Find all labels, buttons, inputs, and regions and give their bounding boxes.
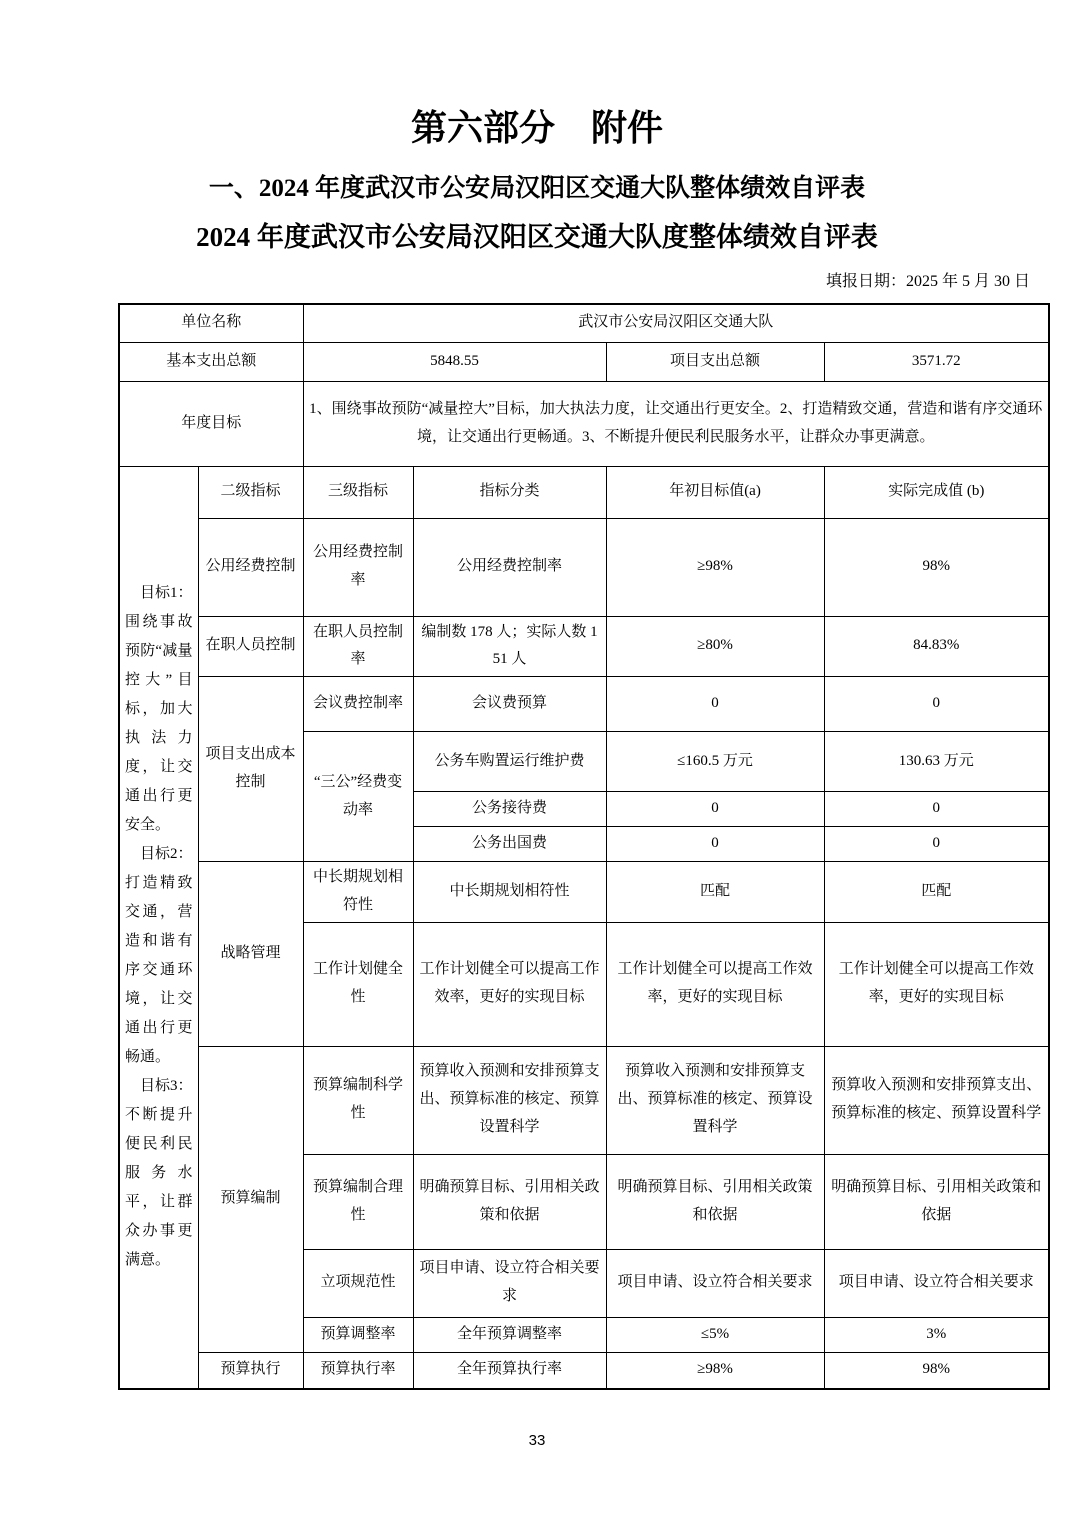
- table-row: 预算编制 预算编制科学性 预算收入预测和安排预算支出、预算标准的核定、预算设置科…: [119, 1046, 1049, 1154]
- category-cell: 工作计划健全可以提高工作效率，更好的实现目标: [413, 922, 606, 1046]
- category-cell: 公务车购置运行维护费: [413, 732, 606, 792]
- target-cell: 工作计划健全可以提高工作效率，更好的实现目标: [606, 922, 824, 1046]
- actual-cell: 0: [824, 792, 1049, 827]
- l3-cell: 在职人员控制率: [303, 616, 413, 677]
- actual-cell: 匹配: [824, 862, 1049, 923]
- goals-cell: 目标1：围绕事故预防“减量控大”目标，加大执法力度，让交通出行更安全。 目标2：…: [119, 466, 198, 1389]
- document-page: 第六部分 附件 一、2024 年度武汉市公安局汉阳区交通大队整体绩效自评表 20…: [0, 0, 1074, 1520]
- actual-cell: 预算收入预测和安排预算支出、预算标准的核定、预算设置科学: [824, 1046, 1049, 1154]
- expense-totals-row: 基本支出总额 5848.55 项目支出总额 3571.72: [119, 342, 1049, 381]
- performance-self-evaluation-table: 单位名称 武汉市公安局汉阳区交通大队 基本支出总额 5848.55 项目支出总额…: [118, 303, 1050, 1390]
- l2-cell: 项目支出成本控制: [198, 677, 303, 862]
- category-cell: 中长期规划相符性: [413, 862, 606, 923]
- actual-cell: 130.63 万元: [824, 732, 1049, 792]
- l2-cell: 公用经费控制: [198, 518, 303, 616]
- target-cell: 0: [606, 677, 824, 732]
- target-cell: ≤160.5 万元: [606, 732, 824, 792]
- report-date: 填报日期：2025 年 5 月 30 日: [0, 272, 1030, 292]
- target-cell: ≥98%: [606, 1352, 824, 1389]
- actual-cell: 98%: [824, 1352, 1049, 1389]
- target-cell: 0: [606, 792, 824, 827]
- category-cell: 项目申请、设立符合相关要求: [413, 1249, 606, 1317]
- goal-1-text: 目标1：围绕事故预防“减量控大”目标，加大执法力度，让交通出行更安全。: [125, 579, 193, 840]
- table-header-row: 目标1：围绕事故预防“减量控大”目标，加大执法力度，让交通出行更安全。 目标2：…: [119, 466, 1049, 518]
- actual-cell: 0: [824, 827, 1049, 862]
- unit-name-label: 单位名称: [119, 304, 303, 342]
- table-row: 公用经费控制 公用经费控制率 公用经费控制率 ≥98% 98%: [119, 518, 1049, 616]
- actual-cell: 98%: [824, 518, 1049, 616]
- page-number: 33: [0, 1432, 1074, 1449]
- unit-name-value: 武汉市公安局汉阳区交通大队: [303, 304, 1049, 342]
- target-cell: ≥98%: [606, 518, 824, 616]
- l3-cell: 工作计划健全性: [303, 922, 413, 1046]
- l3-cell: 预算编制科学性: [303, 1046, 413, 1154]
- document-subtitle-1: 一、2024 年度武汉市公安局汉阳区交通大队整体绩效自评表: [0, 174, 1074, 204]
- header-indicator-category: 指标分类: [413, 466, 606, 518]
- actual-cell: 0: [824, 677, 1049, 732]
- target-cell: 明确预算目标、引用相关政策和依据: [606, 1154, 824, 1249]
- category-cell: 会议费预算: [413, 677, 606, 732]
- annual-goal-row: 年度目标 1、围绕事故预防“减量控大”目标，加大执法力度，让交通出行更安全。2、…: [119, 381, 1049, 466]
- target-cell: ≤5%: [606, 1317, 824, 1352]
- unit-name-row: 单位名称 武汉市公安局汉阳区交通大队: [119, 304, 1049, 342]
- l3-cell: 预算编制合理性: [303, 1154, 413, 1249]
- table-row: 项目支出成本控制 会议费控制率 会议费预算 0 0: [119, 677, 1049, 732]
- actual-cell: 84.83%: [824, 616, 1049, 677]
- target-cell: 预算收入预测和安排预算支出、预算标准的核定、预算设置科学: [606, 1046, 824, 1154]
- category-cell: 预算收入预测和安排预算支出、预算标准的核定、预算设置科学: [413, 1046, 606, 1154]
- l3-cell: “三公”经费变动率: [303, 732, 413, 862]
- header-actual-value: 实际完成值 (b): [824, 466, 1049, 518]
- goal-2-text: 目标2：打造精致交通，营造和谐有序交通环境，让交通出行更畅通。: [125, 840, 193, 1072]
- l3-cell: 公用经费控制率: [303, 518, 413, 616]
- l3-cell: 中长期规划相符性: [303, 862, 413, 923]
- actual-cell: 工作计划健全可以提高工作效率，更好的实现目标: [824, 922, 1049, 1046]
- header-l2-indicator: 二级指标: [198, 466, 303, 518]
- actual-cell: 明确预算目标、引用相关政策和依据: [824, 1154, 1049, 1249]
- l3-cell: 会议费控制率: [303, 677, 413, 732]
- l3-cell: 预算调整率: [303, 1317, 413, 1352]
- header-l3-indicator: 三级指标: [303, 466, 413, 518]
- table-row: 在职人员控制 在职人员控制率 编制数 178 人；实际人数 151 人 ≥80%…: [119, 616, 1049, 677]
- project-expense-value: 3571.72: [824, 342, 1049, 381]
- document-subtitle-2: 2024 年度武汉市公安局汉阳区交通大队度整体绩效自评表: [0, 220, 1074, 254]
- project-expense-label: 项目支出总额: [606, 342, 824, 381]
- target-cell: 项目申请、设立符合相关要求: [606, 1249, 824, 1317]
- category-cell: 公务接待费: [413, 792, 606, 827]
- annual-goal-value: 1、围绕事故预防“减量控大”目标，加大执法力度，让交通出行更安全。2、打造精致交…: [303, 381, 1049, 466]
- category-cell: 公务出国费: [413, 827, 606, 862]
- category-cell: 全年预算调整率: [413, 1317, 606, 1352]
- category-cell: 编制数 178 人；实际人数 151 人: [413, 616, 606, 677]
- l3-cell: 立项规范性: [303, 1249, 413, 1317]
- target-cell: ≥80%: [606, 616, 824, 677]
- l2-cell: 预算执行: [198, 1352, 303, 1389]
- category-cell: 公用经费控制率: [413, 518, 606, 616]
- table-row: 预算执行 预算执行率 全年预算执行率 ≥98% 98%: [119, 1352, 1049, 1389]
- header-target-value: 年初目标值(a): [606, 466, 824, 518]
- table-row: 战略管理 中长期规划相符性 中长期规划相符性 匹配 匹配: [119, 862, 1049, 923]
- l2-cell: 预算编制: [198, 1046, 303, 1352]
- actual-cell: 3%: [824, 1317, 1049, 1352]
- document-title: 第六部分 附件: [0, 0, 1074, 150]
- category-cell: 全年预算执行率: [413, 1352, 606, 1389]
- actual-cell: 项目申请、设立符合相关要求: [824, 1249, 1049, 1317]
- category-cell: 明确预算目标、引用相关政策和依据: [413, 1154, 606, 1249]
- l2-cell: 在职人员控制: [198, 616, 303, 677]
- l2-cell: 战略管理: [198, 862, 303, 1047]
- target-cell: 0: [606, 827, 824, 862]
- goal-3-text: 目标3：不断提升便民利民服务水平，让群众办事更满意。: [125, 1072, 193, 1275]
- target-cell: 匹配: [606, 862, 824, 923]
- basic-expense-value: 5848.55: [303, 342, 606, 381]
- annual-goal-label: 年度目标: [119, 381, 303, 466]
- l3-cell: 预算执行率: [303, 1352, 413, 1389]
- basic-expense-label: 基本支出总额: [119, 342, 303, 381]
